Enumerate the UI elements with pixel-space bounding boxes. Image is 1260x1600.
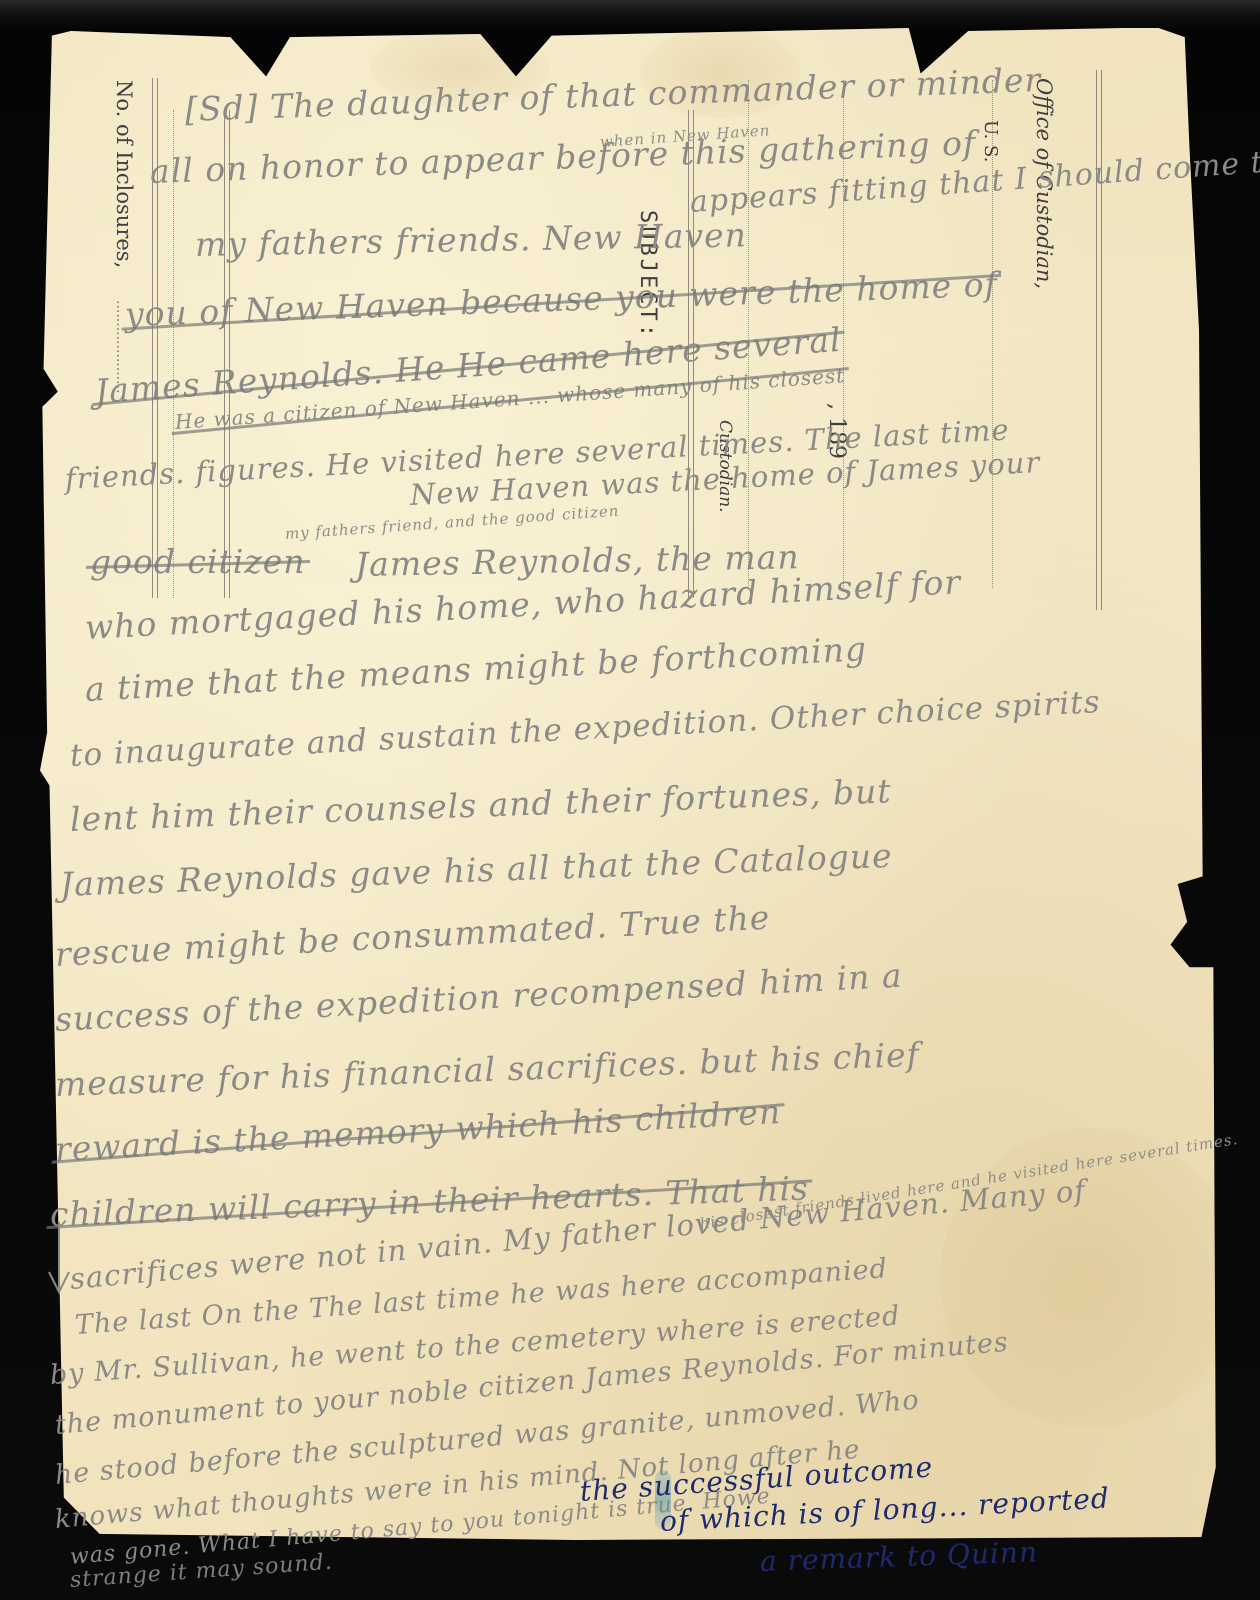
form-rule-right-double: [1101, 70, 1102, 610]
form-rule-right: [1096, 70, 1097, 610]
inclosures-label: No. of Inclosures,: [112, 80, 136, 268]
margin-arrow-icon: [45, 1220, 75, 1300]
handwritten-line-9-struck: good citizen: [90, 542, 306, 581]
office-us-label: U. S.: [980, 120, 1001, 162]
